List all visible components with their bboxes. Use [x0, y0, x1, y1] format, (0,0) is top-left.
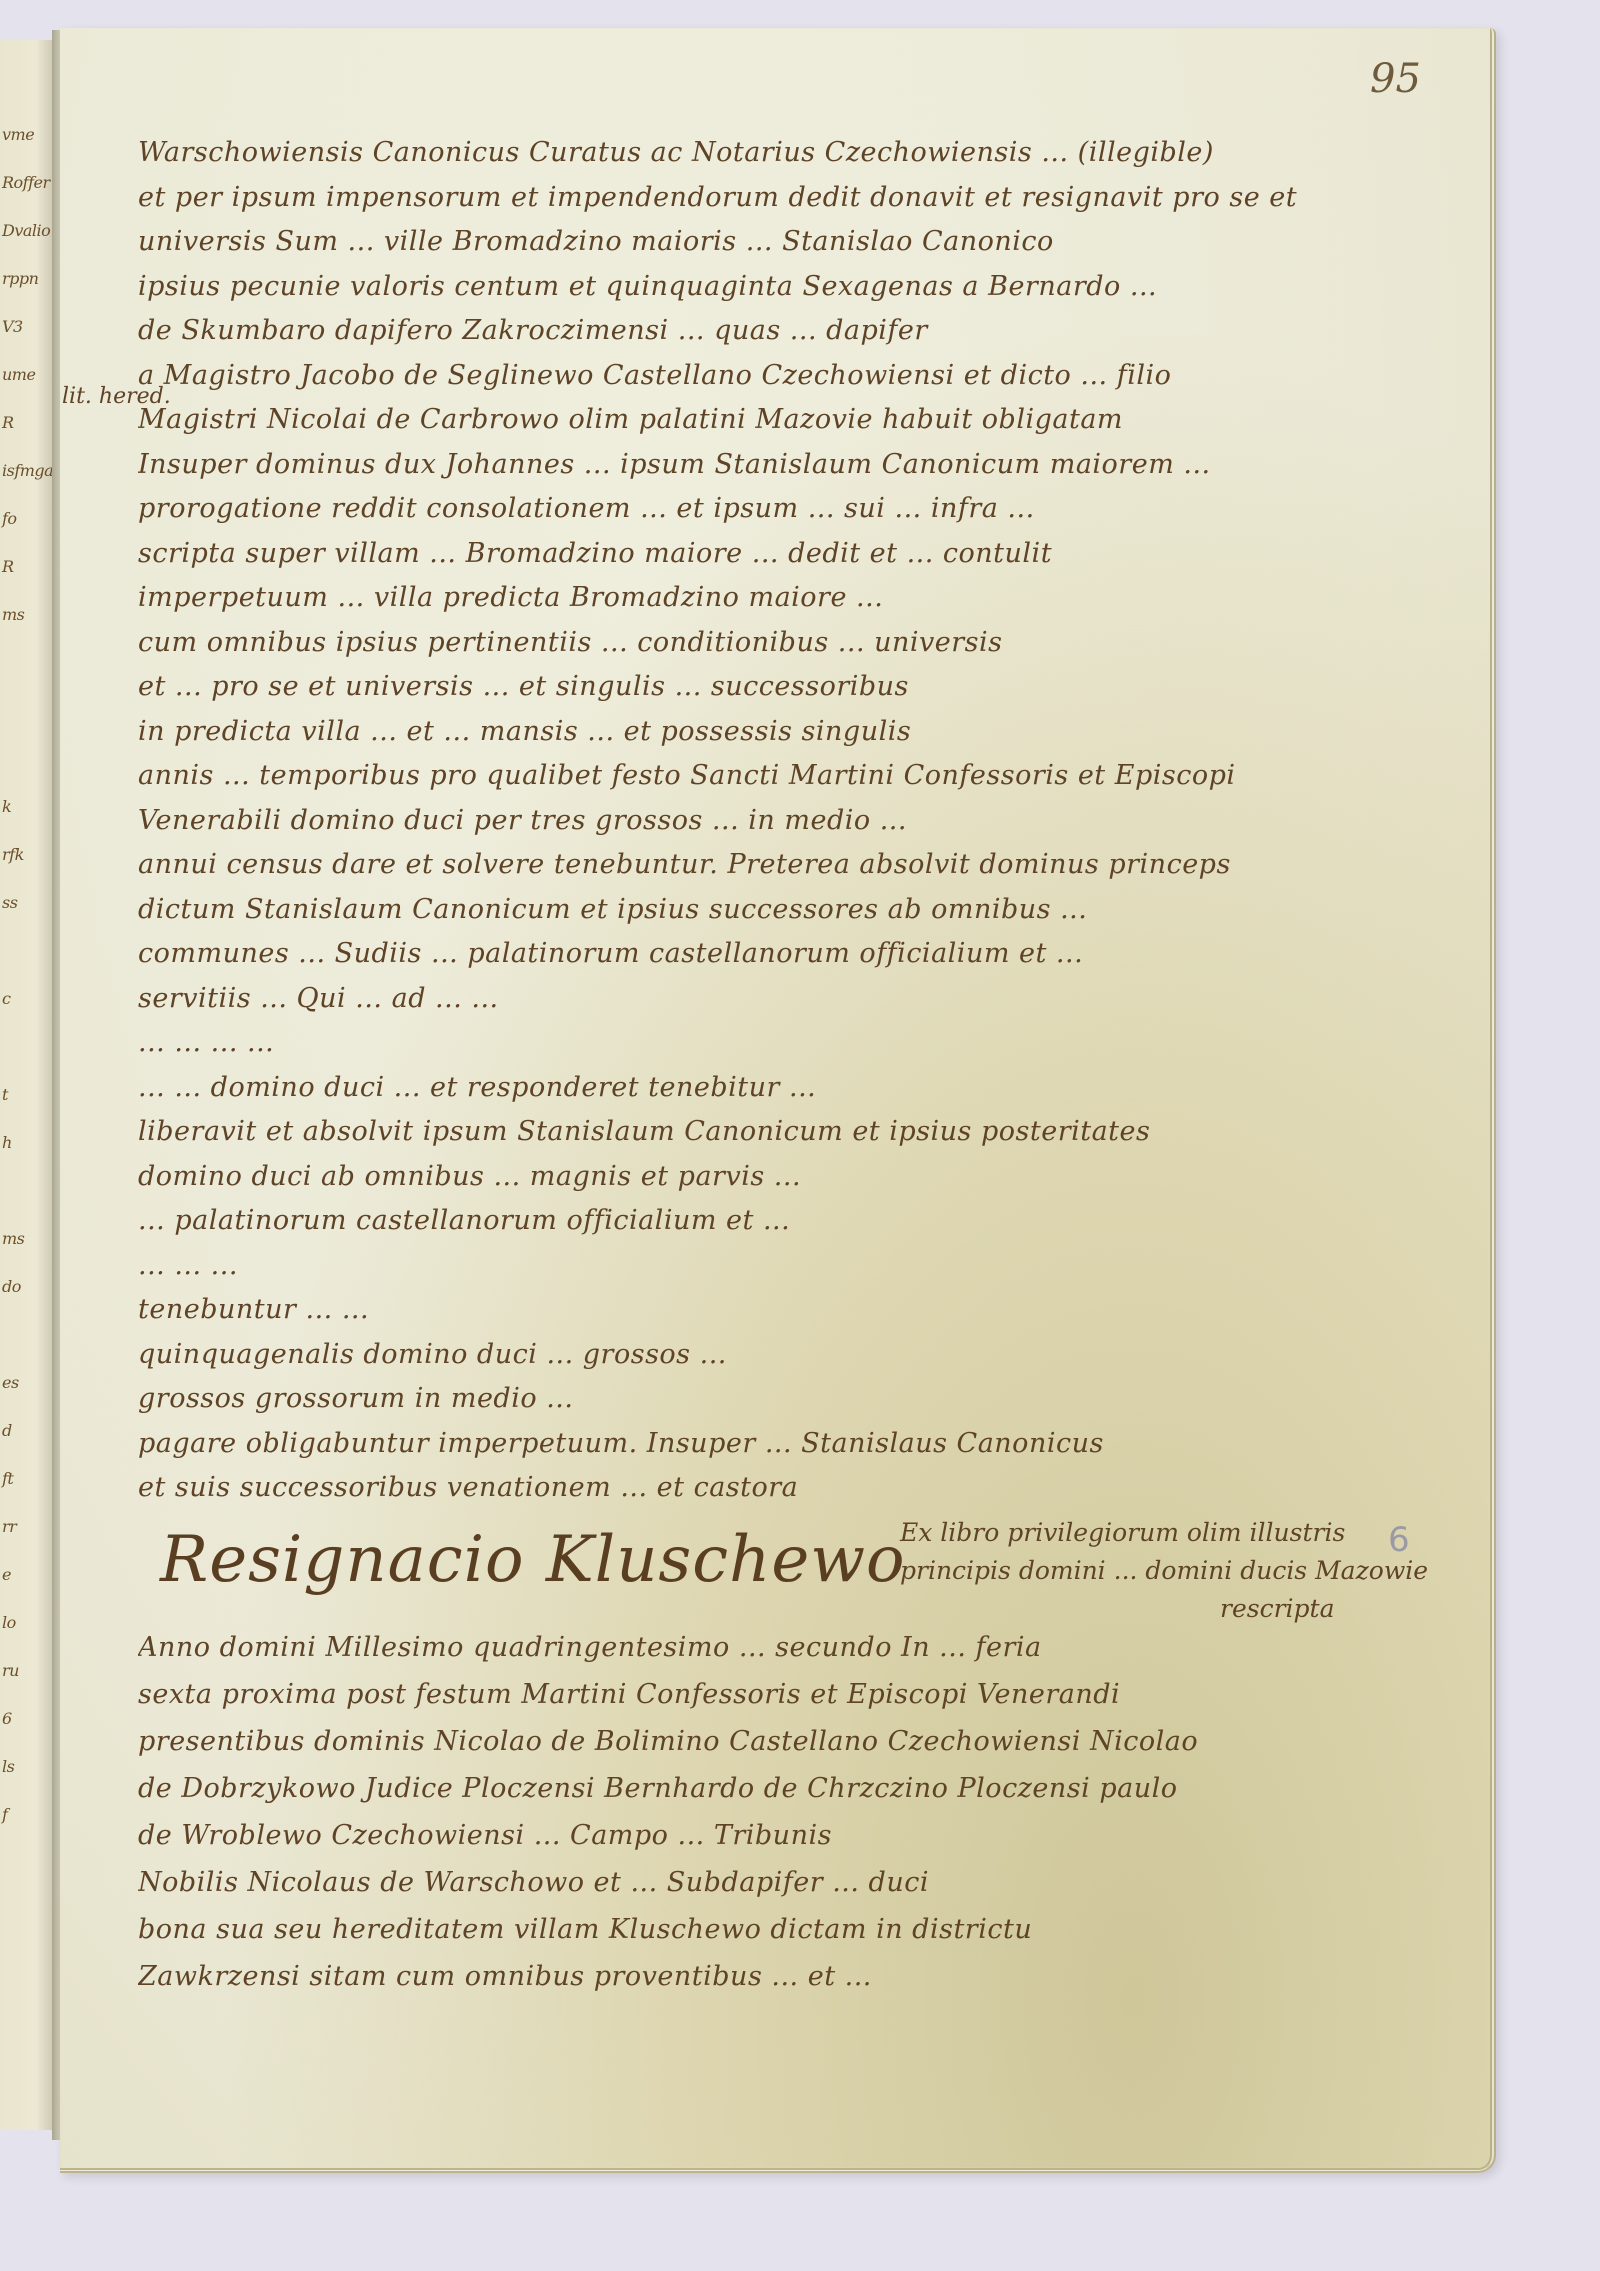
text-line: annis ... temporibus pro qualibet festo … [138, 756, 1378, 796]
facing-page-fragment: h [2, 1133, 12, 1152]
facing-page-fragment: R [2, 557, 14, 576]
facing-page-fragment: Dvalio [2, 221, 50, 240]
side-note-line: Ex libro privilegiorum olim illustris [900, 1518, 1345, 1547]
facing-page-fragment: isfmga [2, 461, 53, 480]
text-line: in predicta villa ... et ... mansis ... … [138, 712, 1378, 752]
facing-page-fragment: R [2, 413, 14, 432]
text-line: Anno domini Millesimo quadringentesimo .… [138, 1628, 1378, 1668]
text-line: Insuper dominus dux Johannes ... ipsum S… [138, 445, 1378, 485]
text-line: communes ... Sudiis ... palatinorum cast… [138, 934, 1378, 974]
facing-page-fragment: e [2, 1565, 11, 1584]
facing-page-fragment: ft [2, 1469, 13, 1488]
text-line: grossos grossorum in medio ... [138, 1379, 1378, 1419]
side-note-line: principis domini ... domini ducis Mazowi… [900, 1556, 1428, 1585]
text-line: servitiis ... Qui ... ad ... ... [138, 979, 1378, 1019]
text-line: de Skumbaro dapifero Zakroczimensi ... q… [138, 311, 1378, 351]
text-line: Magistri Nicolai de Carbrowo olim palati… [138, 400, 1378, 440]
facing-page-fragment: ss [2, 893, 17, 912]
text-line: et suis successoribus venationem ... et … [138, 1468, 1378, 1508]
facing-page-fragment: c [2, 989, 10, 1008]
facing-page-fragment: rppn [2, 269, 38, 288]
text-line: dictum Stanislaum Canonicum et ipsius su… [138, 890, 1378, 930]
text-line: Nobilis Nicolaus de Warschowo et ... Sub… [138, 1863, 1378, 1903]
text-line: prorogatione reddit consolationem ... et… [138, 489, 1378, 529]
facing-page-fragment: vme [2, 125, 34, 144]
text-line: domino duci ab omnibus ... magnis et par… [138, 1157, 1378, 1197]
text-line: Warschowiensis Canonicus Curatus ac Nota… [138, 133, 1378, 173]
text-line: a Magistro Jacobo de Seglinewo Castellan… [138, 356, 1378, 396]
facing-page-fragment: V3 [2, 317, 23, 336]
text-line: scripta super villam ... Bromadzino maio… [138, 534, 1378, 574]
facing-page-fragment: rr [2, 1517, 16, 1536]
facing-page-fragment: es [2, 1373, 19, 1392]
text-line: et ... pro se et universis ... et singul… [138, 667, 1378, 707]
facing-page-fragment: 6 [2, 1709, 12, 1728]
text-line: Venerabili domino duci per tres grossos … [138, 801, 1378, 841]
text-line: ... palatinorum castellanorum officialiu… [138, 1201, 1378, 1241]
text-line: bona sua seu hereditatem villam Kluschew… [138, 1910, 1378, 1950]
text-line: Zawkrzensi sitam cum omnibus proventibus… [138, 1957, 1378, 1997]
facing-page-fragment: ru [2, 1661, 19, 1680]
facing-page-fragment: ls [2, 1757, 14, 1776]
side-note-line: rescripta [1220, 1594, 1334, 1623]
facing-page-fragment: f [2, 1805, 7, 1824]
facing-page-fragment: k [2, 797, 11, 816]
facing-page-edge: vmeRofferDvaliorppnV3umeRisfmgafoRmskrfk… [0, 40, 54, 2130]
facing-page-fragment: rfk [2, 845, 24, 864]
section-heading: Resignacio Kluschewo [160, 1523, 906, 1597]
text-line: universis Sum ... ville Bromadzino maior… [138, 222, 1378, 262]
facing-page-fragment: do [2, 1277, 21, 1296]
text-line: pagare obligabuntur imperpetuum. Insuper… [138, 1424, 1378, 1464]
facing-page-fragment: lo [2, 1613, 16, 1632]
text-line: ... ... domino duci ... et responderet t… [138, 1068, 1378, 1108]
text-line: tenebuntur ... ... [138, 1290, 1378, 1330]
facing-page-fragment: fo [2, 509, 17, 528]
text-line: de Wroblewo Czechowiensi ... Campo ... T… [138, 1816, 1378, 1856]
facing-page-fragment: d [2, 1421, 12, 1440]
manuscript-page: 95 lit. hered. Resignacio Kluschewo 6 Wa… [60, 28, 1496, 2173]
pencil-number: 6 [1388, 1520, 1410, 1560]
text-line: ipsius pecunie valoris centum et quinqua… [138, 267, 1378, 307]
facing-page-fragment: ms [2, 1229, 24, 1248]
text-line: annui census dare et solvere tenebuntur.… [138, 845, 1378, 885]
text-line: sexta proxima post festum Martini Confes… [138, 1675, 1378, 1715]
text-line: cum omnibus ipsius pertinentiis ... cond… [138, 623, 1378, 663]
facing-page-fragment: ms [2, 605, 24, 624]
text-line: ... ... ... [138, 1246, 1378, 1286]
text-line: quinquagenalis domino duci ... grossos .… [138, 1335, 1378, 1375]
facing-page-fragment: t [2, 1085, 8, 1104]
facing-page-fragment: Roffer [2, 173, 50, 192]
text-line: de Dobrzykowo Judice Ploczensi Bernhardo… [138, 1769, 1378, 1809]
text-line: ... ... ... ... [138, 1023, 1378, 1063]
facing-page-fragment: ume [2, 365, 35, 384]
text-line: imperpetuum ... villa predicta Bromadzin… [138, 578, 1378, 618]
page-number: 95 [1370, 56, 1421, 102]
text-line: et per ipsum impensorum et impendendorum… [138, 178, 1378, 218]
text-line: liberavit et absolvit ipsum Stanislaum C… [138, 1112, 1378, 1152]
text-line: presentibus dominis Nicolao de Bolimino … [138, 1722, 1378, 1762]
